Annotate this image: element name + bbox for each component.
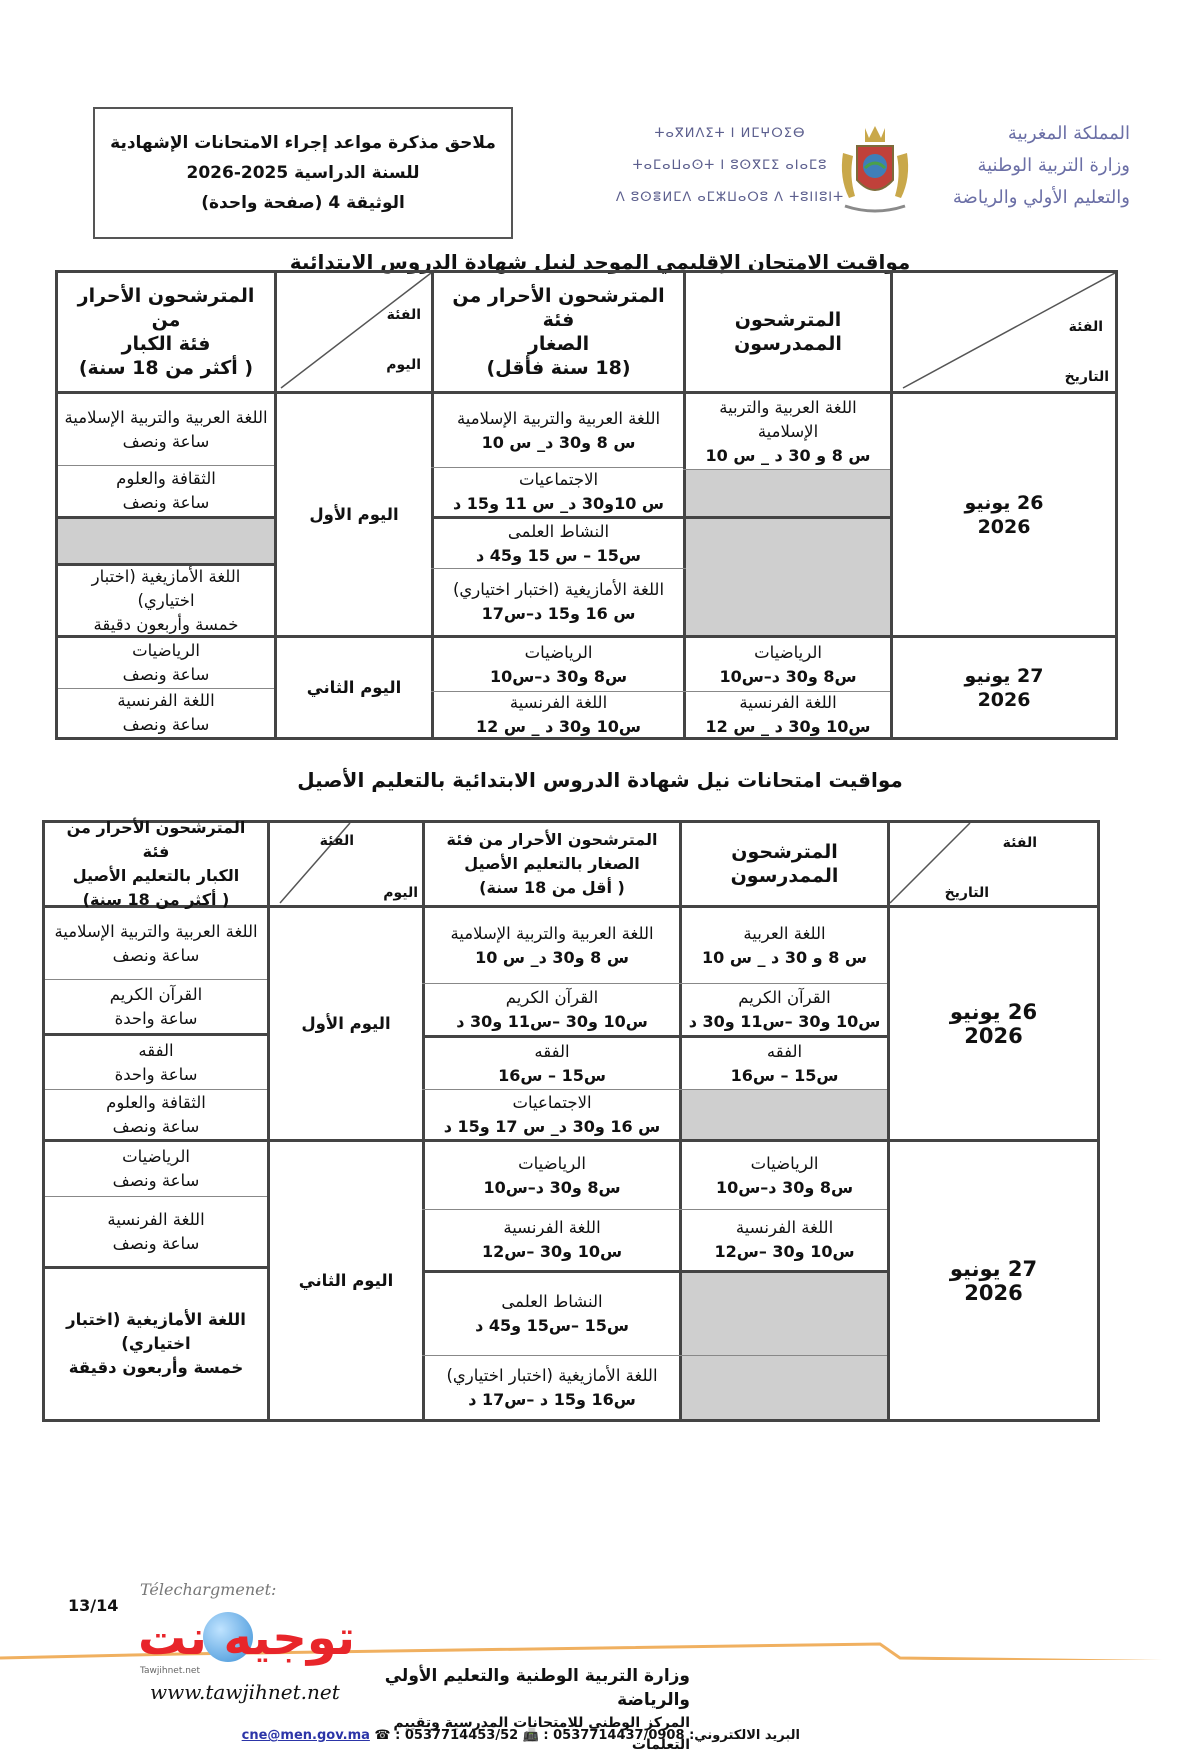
t1-d1-young-2: الاجتماعيات س 10و30 د_ س 11 و15 د	[434, 468, 683, 516]
annex-line-3: الوثيقة 4 (صفحة واحدة)	[201, 190, 405, 216]
t1-d2-adult-1: الرياضيات ساعة ونصف	[58, 638, 274, 688]
table2: الفئة التاريخ المترشحون الممدرسون المترش…	[42, 820, 1100, 1422]
subject: اللغة الفرنسية	[503, 1216, 600, 1240]
download-label: Télechargmenet:	[140, 1580, 276, 1599]
time: س8 و30 د–س10	[719, 665, 856, 689]
t1-diag-day-label: اليوم	[386, 353, 421, 377]
subject: اللغة الفرنسية	[117, 689, 214, 713]
time: س10 و30 –س11 و30 د	[456, 1010, 648, 1034]
subject: اللغة الفرنسية	[736, 1216, 833, 1240]
t1-d1-adult-3: اللغة الأمازيغية (اختبار اختياري) خمسة و…	[58, 566, 274, 635]
time: س16 و15 د –س17 د	[468, 1388, 636, 1412]
t2-diag-date-label: التاريخ	[945, 881, 989, 905]
t1-d2-schooled-2: اللغة الفرنسية س10 و30 د _ س 12	[686, 692, 890, 737]
subject: الاجتماعيات	[512, 1091, 591, 1115]
t2-day1-date: 26 يونيو 2026	[890, 908, 1097, 1139]
t2-diag-day-label: اليوم	[383, 881, 418, 905]
t2-d2-adult-3: اللغة الأمازيغية (اختبار اختياري) خمسة و…	[45, 1269, 267, 1419]
t2-day1-date-day: 26 يونيو	[950, 1000, 1037, 1024]
subject: الرياضيات	[525, 641, 593, 665]
tifinagh-line-2: ⵜⴰⵎⴰⵡⴰⵙⵜ ⵏ ⵓⵙⴳⵎⵉ ⴰⵏⴰⵎⵓ	[610, 150, 850, 182]
footer-contact-line: البريد الالكتروني: cne@men.gov.ma ☎ : 05…	[240, 1728, 800, 1743]
annex-title-box: ملاحق مذكرة مواعد إجراء الامتحانات الإشه…	[93, 107, 513, 239]
t2-d2-young-3: النشاط العلمى س15 –س15 و45 د	[425, 1273, 679, 1355]
t1-diag-date-label: التاريخ	[1065, 365, 1109, 389]
fax-number: 0537714437/0908	[553, 1728, 684, 1743]
t2-day2-date-day: 27 يونيو	[950, 1257, 1037, 1281]
tawjihnet-small-label: Tawjihnet.net	[140, 1666, 200, 1676]
subject: اللغة الأمازيغية (اختبار اختياري)	[446, 1364, 657, 1388]
footer-ministry-name: وزارة التربية الوطنية والتعليم الأولي وا…	[360, 1664, 690, 1712]
t1-free-adult-l3: ( أكثر من 18 سنة)	[79, 356, 253, 380]
duration: ساعة ونصف	[113, 1115, 200, 1139]
time: س8 و30 د–س10	[490, 665, 627, 689]
ministry-ar-line-1: المملكة المغربية	[900, 118, 1130, 150]
phone-icon: ☎ :	[374, 1728, 404, 1743]
subject: الاجتماعيات	[519, 468, 598, 492]
t1-d2-adult-2: اللغة الفرنسية ساعة ونصف	[58, 689, 274, 737]
t1-diag-category-label: الفئة	[1069, 315, 1103, 339]
tawjihnet-logo[interactable]: توجيه نت	[138, 1610, 355, 1666]
ministry-name-arabic: المملكة المغربية وزارة التربية الوطنية و…	[900, 118, 1130, 214]
t2-header-date-category: الفئة التاريخ	[890, 823, 1097, 905]
t1-day2-date: 27 يونيو 2026	[893, 638, 1115, 737]
t2-free-young-l1: المترشحون الأحرار من فئة	[447, 828, 658, 852]
subject: الرياضيات	[132, 639, 200, 663]
t1-header-date-category: الفئة التاريخ	[893, 273, 1115, 391]
duration: خمسة وأربعون دقيقة	[69, 1356, 243, 1380]
t2-d1-schooled-2: القرآن الكريم س10 و30 –س11 و30 د	[682, 984, 887, 1035]
subject: الرياضيات	[751, 1152, 819, 1176]
t2-header-schooled: المترشحون الممدرسون	[682, 823, 887, 905]
subject: اللغة الأمازيغية (اختبار اختياري)	[51, 1308, 261, 1356]
time: س 16 و15 د–س17	[482, 602, 636, 626]
tifinagh-line-3: ⴷ ⵓⵙⴻⵍⵎⴷ ⴰⵎⵣⵡⴰⵔⵓ ⴷ ⵜⵓⵏⵏⵓⵏⵜ	[610, 182, 850, 214]
t2-d2-schooled-1: الرياضيات س8 و30 د–س10	[682, 1142, 887, 1209]
subject: القرآن الكريم	[110, 983, 202, 1007]
t1-d1-young-4: اللغة الأمازيغية (اختبار اختياري) س 16 و…	[434, 569, 683, 635]
duration: ساعة ونصف	[123, 663, 210, 687]
t2-day2-date-year: 2026	[964, 1281, 1022, 1305]
t1-day2-date-day: 27 يونيو	[965, 664, 1044, 688]
time: س10 و30 د _ س 12	[476, 715, 641, 739]
time: س10 و30 –س12	[714, 1240, 854, 1264]
t2-schooled-l1: المترشحون	[731, 840, 837, 864]
t1-d1-schooled-empty-2	[686, 519, 890, 635]
t1-d2-young-2: اللغة الفرنسية س10 و30 د _ س 12	[434, 692, 683, 737]
t2-d1-young-4: الاجتماعيات س 16 و30 د_ س 17 و15 د	[425, 1090, 679, 1139]
t2-d2-young-4: اللغة الأمازيغية (اختبار اختياري) س16 و1…	[425, 1356, 679, 1419]
t1-free-adult-l1: المترشحون الأحرار من	[64, 284, 268, 332]
t1-diag-category-label-2: الفئة	[387, 303, 421, 327]
subject: الرياضيات	[754, 641, 822, 665]
time: س10 و30 –س12	[482, 1240, 622, 1264]
site-url-link[interactable]: www.tawjihnet.net	[150, 1680, 340, 1704]
t1-header-free-young: المترشحون الأحرار من فئة الصغار (18 سنة …	[434, 273, 683, 391]
t2-header-free-young: المترشحون الأحرار من فئة الصغار بالتعليم…	[425, 823, 679, 905]
subject: اللغة الأمازيغية (اختبار اختياري)	[64, 565, 268, 613]
time: س15 – س16	[498, 1064, 606, 1088]
t2-d2-adult-2: اللغة الفرنسية ساعة ونصف	[45, 1197, 267, 1266]
page-number: 13/14	[68, 1596, 118, 1615]
t1-header-schooled: المترشحون الممدرسون	[686, 273, 890, 391]
subject: اللغة العربية والتربية الإسلامية	[692, 396, 884, 444]
t2-d1-schooled-empty	[682, 1090, 887, 1139]
t2-diag-category-label-2: الفئة	[320, 829, 354, 853]
t2-d1-young-1: اللغة العربية والتربية الإسلامية س 8 و30…	[425, 908, 679, 983]
email-label: البريد الالكتروني:	[689, 1728, 800, 1743]
t1-free-young-l3: (18 سنة فأقل)	[487, 356, 631, 380]
email-link[interactable]: cne@men.gov.ma	[242, 1728, 370, 1743]
subject: اللغة الفرنسية	[739, 691, 836, 715]
t1-header-day-category: الفئة اليوم	[277, 273, 431, 391]
annex-line-2: للسنة الدراسية 2025-2026	[186, 160, 419, 186]
t1-day1-label: اليوم الأول	[277, 394, 431, 635]
ministry-name-tifinagh: ⵜⴰⴳⵍⴷⵉⵜ ⵏ ⵍⵎⵖⵔⵉⴱ ⵜⴰⵎⴰⵡⴰⵙⵜ ⵏ ⵓⵙⴳⵎⵉ ⴰⵏⴰⵎⵓ …	[610, 118, 850, 214]
t1-day1-date-year: 2026	[978, 515, 1031, 539]
diagonal-divider-icon	[890, 823, 1097, 905]
t1-d1-young-1: اللغة العربية والتربية الإسلامية س 8 و30…	[434, 394, 683, 467]
time: س 8 و 30 د _ س 10	[706, 444, 871, 468]
subject: الرياضيات	[122, 1145, 190, 1169]
t2-d1-young-2: القرآن الكريم س10 و30 –س11 و30 د	[425, 984, 679, 1035]
time: س10 و30 د _ س 12	[706, 715, 871, 739]
subject: الفقه	[138, 1039, 173, 1063]
t2-day1-label: اليوم الأول	[270, 908, 422, 1139]
subject: اللغة العربية والتربية الإسلامية	[457, 407, 660, 431]
subject: النشاط العلمى	[501, 1290, 602, 1314]
time: س15 – س 15 و45 د	[476, 544, 641, 568]
t2-d1-schooled-1: اللغة العربية س 8 و 30 د _ س 10	[682, 908, 887, 983]
subject: الفقه	[534, 1040, 569, 1064]
duration: ساعة ونصف	[123, 430, 210, 454]
t2-d1-adult-1: اللغة العربية والتربية الإسلامية ساعة ون…	[45, 908, 267, 979]
t1-d1-young-3: النشاط العلمى س15 – س 15 و45 د	[434, 519, 683, 568]
t1-header-free-adult: المترشحون الأحرار من فئة الكبار ( أكثر م…	[58, 273, 274, 391]
t2-diag-category-label: الفئة	[1003, 831, 1037, 855]
t1-d2-young-1: الرياضيات س8 و30 د–س10	[434, 638, 683, 691]
subject: القرآن الكريم	[506, 986, 598, 1010]
subject: اللغة الفرنسية	[107, 1208, 204, 1232]
t2-day2-date: 27 يونيو 2026	[890, 1142, 1097, 1419]
time: س15 –س15 و45 د	[475, 1314, 629, 1338]
t2-header-free-adult: المترشحون الأحرار من فئة الكبار بالتعليم…	[45, 823, 267, 905]
subject: اللغة الفرنسية	[510, 691, 607, 715]
time: س8 و30 د–س10	[716, 1176, 853, 1200]
t2-d1-adult-4: الثقافة والعلوم ساعة ونصف	[45, 1090, 267, 1139]
time: س10 و30 –س11 و30 د	[689, 1010, 881, 1034]
time: س 10و30 د_ س 11 و15 د	[453, 492, 664, 516]
t2-d2-young-1: الرياضيات س8 و30 د–س10	[425, 1142, 679, 1209]
t2-d2-schooled-empty-2	[682, 1356, 887, 1419]
t1-day2-date-year: 2026	[978, 688, 1031, 712]
t2-free-young-l2: الصغار بالتعليم الأصيل	[464, 852, 640, 876]
duration: ساعة واحدة	[115, 1007, 198, 1031]
duration: ساعة واحدة	[115, 1063, 198, 1087]
t1-day1-date-day: 26 يونيو	[965, 491, 1044, 515]
t1-d1-schooled-empty-1	[686, 470, 890, 516]
t1-day1-date: 26 يونيو 2026	[893, 394, 1115, 635]
t2-d2-schooled-2: اللغة الفرنسية س10 و30 –س12	[682, 1210, 887, 1270]
t1-free-adult-l2: فئة الكبار	[122, 332, 211, 356]
t2-free-adult-l2: الكبار بالتعليم الأصيل	[73, 864, 240, 888]
t2-d1-adult-2: القرآن الكريم ساعة واحدة	[45, 980, 267, 1033]
time: س 8 و 30 د _ س 10	[702, 946, 867, 970]
duration: ساعة ونصف	[123, 713, 210, 737]
subject: النشاط العلمى	[508, 520, 609, 544]
subject: الرياضيات	[518, 1152, 586, 1176]
subject: اللغة الأمازيغية (اختبار اختياري)	[453, 578, 664, 602]
time: س8 و30 د–س10	[483, 1176, 620, 1200]
time: س 8 و30 د_ س 10	[475, 946, 629, 970]
t2-d1-adult-3: الفقه ساعة واحدة	[45, 1036, 267, 1089]
duration: ساعة ونصف	[123, 491, 210, 515]
subject: اللغة العربية والتربية الإسلامية	[54, 920, 257, 944]
t1-d2-schooled-1: الرياضيات س8 و30 د–س10	[686, 638, 890, 691]
subject: اللغة العربية والتربية الإسلامية	[64, 406, 267, 430]
t2-d1-young-3: الفقه س15 – س16	[425, 1038, 679, 1089]
subject: الثقافة والعلوم	[106, 1091, 206, 1115]
t2-d2-schooled-empty-1	[682, 1273, 887, 1355]
time: س 16 و30 د_ س 17 و15 د	[444, 1115, 661, 1139]
t2-day2-label: اليوم الثاني	[270, 1142, 422, 1419]
subject: الفقه	[767, 1040, 802, 1064]
t2-d2-young-2: اللغة الفرنسية س10 و30 –س12	[425, 1210, 679, 1270]
subject: القرآن الكريم	[738, 986, 830, 1010]
phone-number: 0537714453/52	[405, 1728, 518, 1743]
duration: ساعة ونصف	[113, 1169, 200, 1193]
t1-d1-adult-empty	[58, 519, 274, 563]
duration: ساعة ونصف	[113, 944, 200, 968]
duration: ساعة ونصف	[113, 1232, 200, 1256]
table2-title: مواقيت امتحانات نيل شهادة الدروس الابتدا…	[200, 768, 1000, 792]
t2-day1-date-year: 2026	[964, 1024, 1022, 1048]
t1-day2-label: اليوم الثاني	[277, 638, 431, 737]
duration: خمسة وأربعون دقيقة	[94, 613, 239, 637]
t1-d1-adult-2: الثقافة والعلوم ساعة ونصف	[58, 466, 274, 516]
subject: اللغة العربية	[743, 922, 825, 946]
t1-d1-adult-1: اللغة العربية والتربية الإسلامية ساعة ون…	[58, 394, 274, 465]
t2-free-adult-l1: المترشحون الأحرار من فئة	[51, 816, 261, 864]
t2-d1-schooled-3: الفقه س15 – س16	[682, 1038, 887, 1089]
t2-header-day-category: الفئة اليوم	[270, 823, 422, 905]
time: س 8 و30 د_ س 10	[482, 431, 636, 455]
ministry-ar-line-2: وزارة التربية الوطنية	[900, 150, 1130, 182]
subject: اللغة العربية والتربية الإسلامية	[450, 922, 653, 946]
t2-schooled-l2: الممدرسون	[731, 864, 839, 888]
ministry-ar-line-3: والتعليم الأولي والرياضة	[900, 182, 1130, 214]
table1: الفئة التاريخ المترشحون الممدرسون المترش…	[55, 270, 1118, 740]
t2-free-young-l3: ( أقل من 18 سنة)	[479, 876, 625, 900]
tifinagh-line-1: ⵜⴰⴳⵍⴷⵉⵜ ⵏ ⵍⵎⵖⵔⵉⴱ	[610, 118, 850, 150]
annex-line-1: ملاحق مذكرة مواعد إجراء الامتحانات الإشه…	[110, 130, 496, 156]
time: س15 – س16	[731, 1064, 839, 1088]
t2-d2-adult-1: الرياضيات ساعة ونصف	[45, 1142, 267, 1196]
t1-free-young-l2: الصغار	[528, 332, 589, 356]
fax-icon: 📠 :	[523, 1728, 553, 1743]
t1-d1-schooled-1: اللغة العربية والتربية الإسلامية س 8 و 3…	[686, 394, 890, 469]
subject: الثقافة والعلوم	[116, 467, 216, 491]
t1-free-young-l1: المترشحون الأحرار من فئة	[440, 284, 677, 332]
